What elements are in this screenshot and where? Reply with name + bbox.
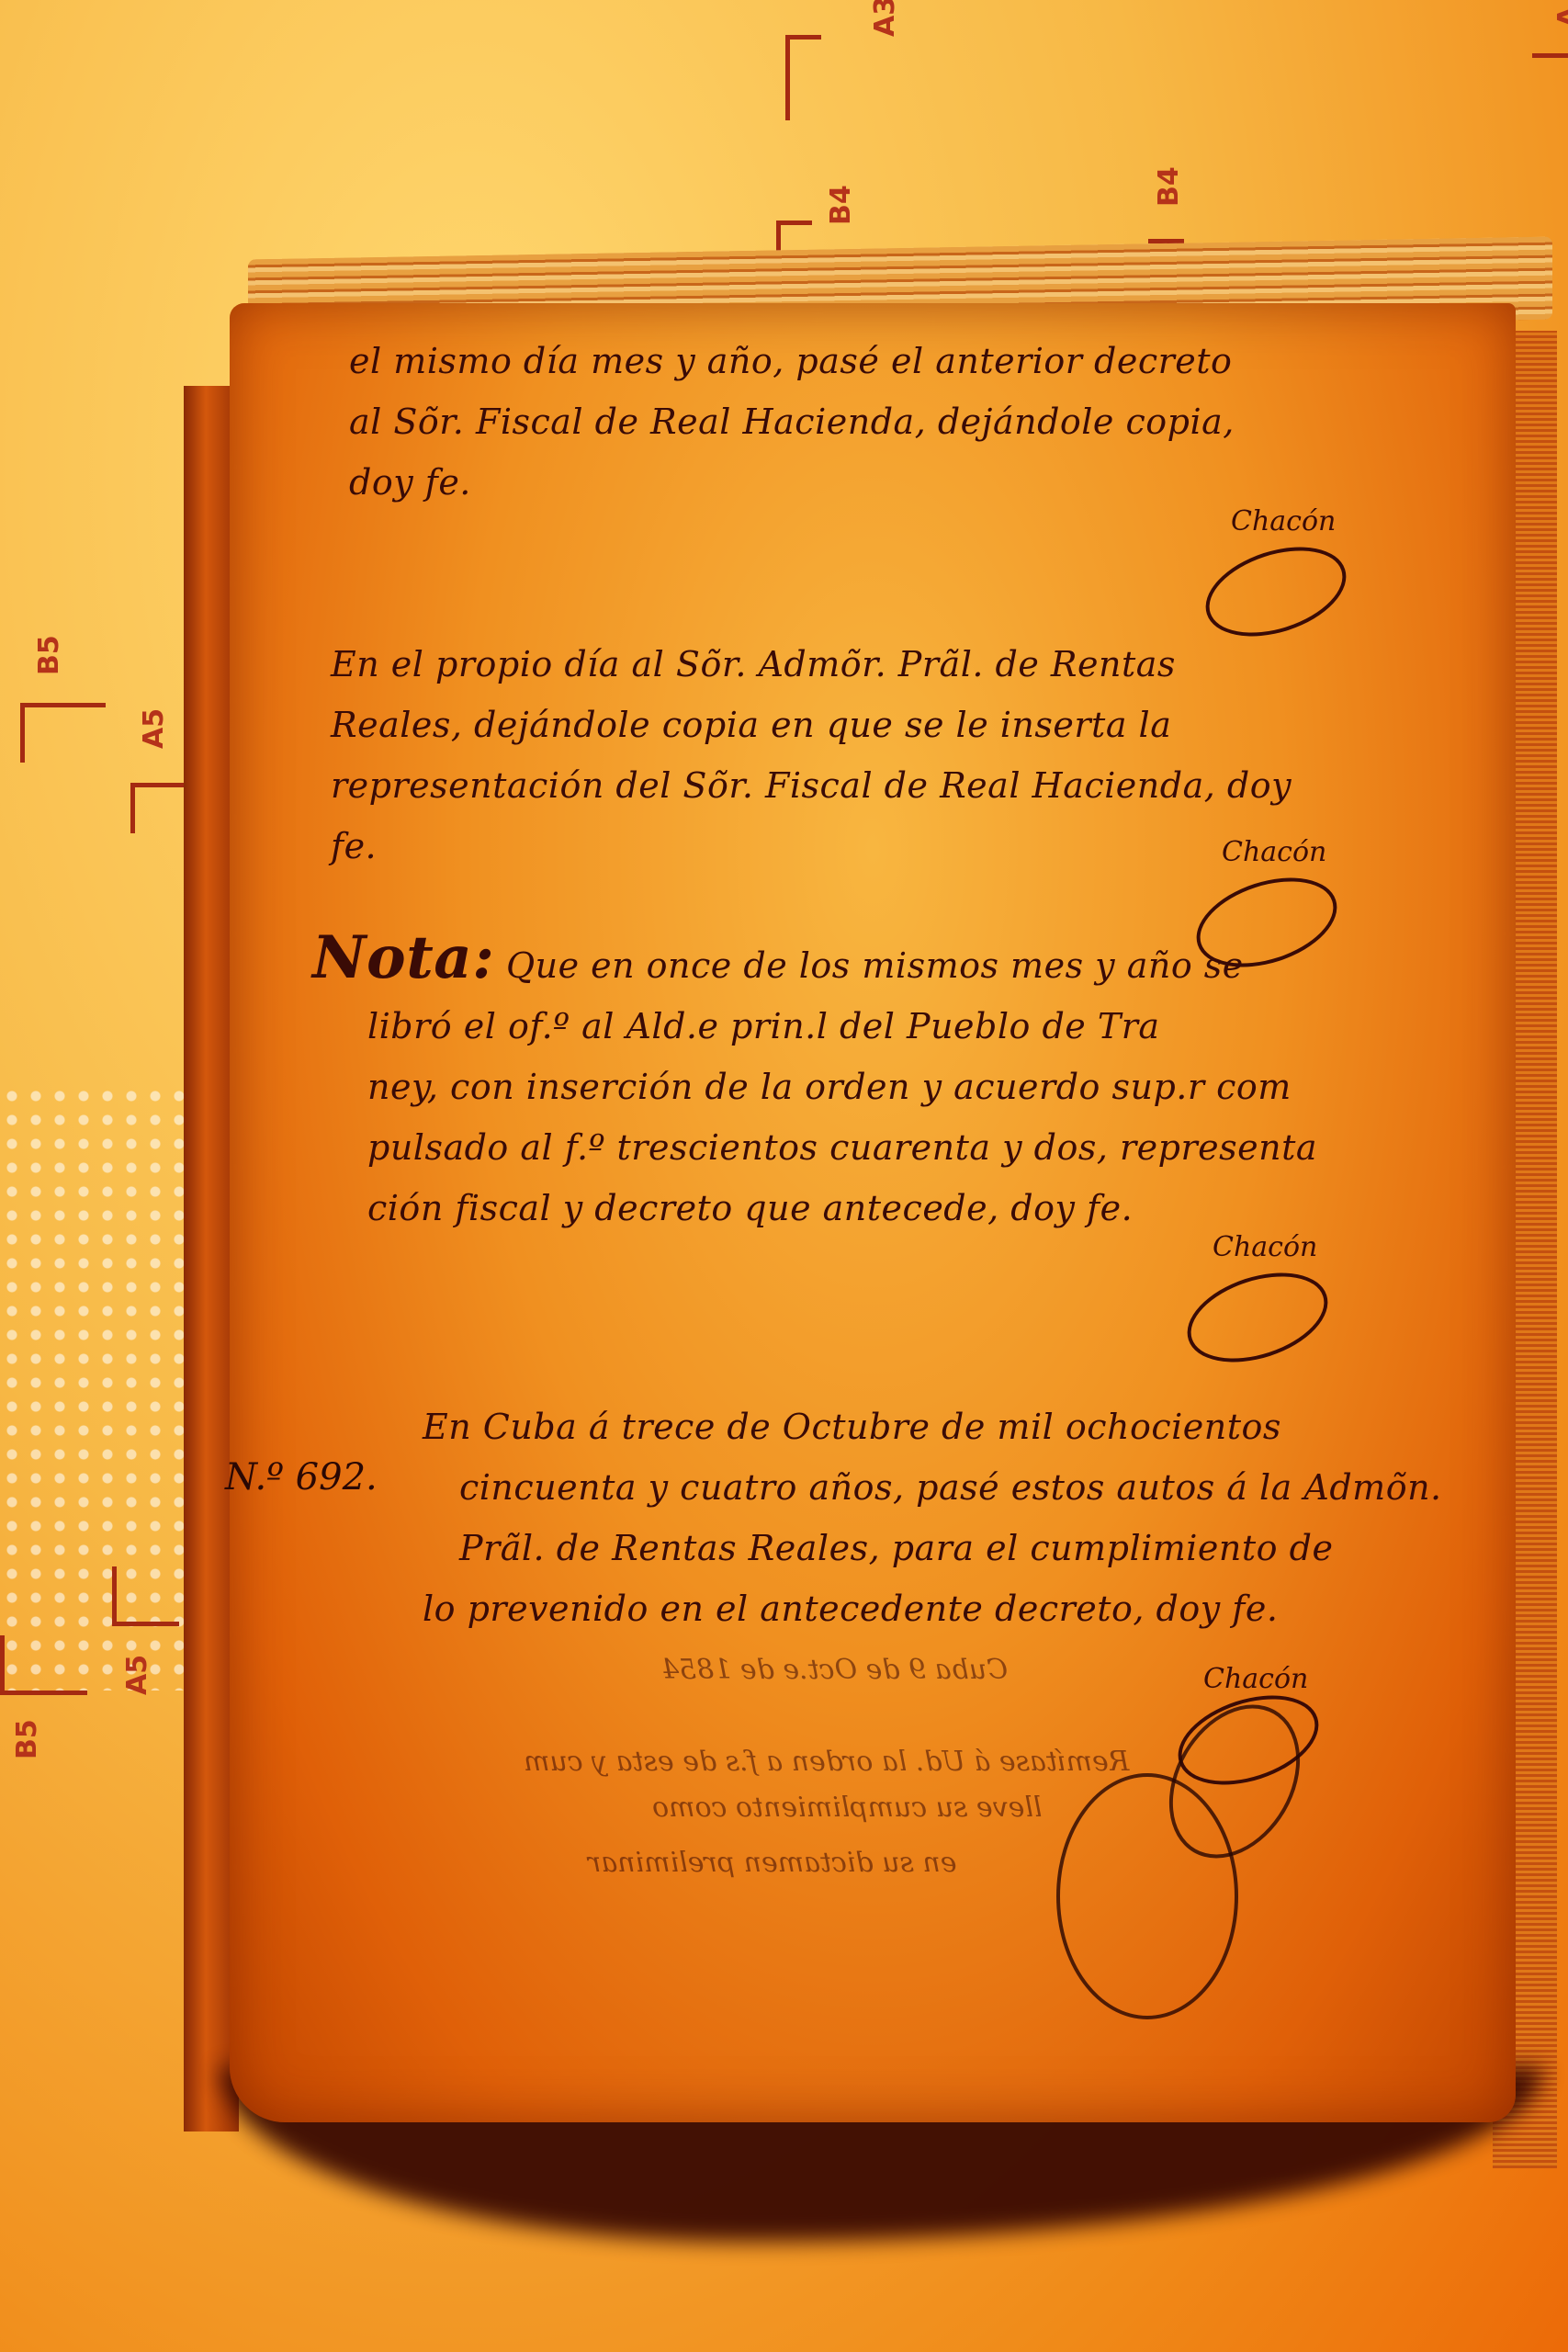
entry-3-line-2: libró el of.º al Ald.e prin.l del Pueblo…	[312, 996, 1451, 1057]
entry-1-line-3: doy fe.	[312, 452, 1451, 513]
entry-4-line-4: lo prevenido en el antecedente decreto, …	[312, 1578, 1451, 1639]
frame-corner-a3	[785, 35, 821, 120]
signature-3: Chacón	[1213, 1231, 1317, 1263]
frame-corner-a-edge	[1532, 53, 1568, 62]
bleed-through-line-2: Remítase á Ud. la orden a f.s de esta y …	[524, 1746, 1129, 1778]
frame-marker-b4-left: B4	[825, 185, 857, 225]
bleed-through-line-1: Cuba 9 de Oct.e de 1854	[661, 1654, 1008, 1686]
signature-4: Chacón	[1203, 1663, 1308, 1695]
entry-2-line-3: representación del Sõr. Fiscal de Real H…	[312, 755, 1451, 816]
seal-stamp-lower	[1056, 1773, 1238, 2019]
entry-4-line-3: Prãl. de Rentas Reales, para el cumplimi…	[312, 1518, 1451, 1578]
bleed-through-line-3: lleve su cumplimiento como	[652, 1792, 1043, 1824]
entry-3-line-1: Que en once de los mismos mes y año se	[506, 945, 1244, 986]
signature-1: Chacón	[1231, 505, 1336, 537]
entry-3-line-3: ney, con inserción de la orden y acuerdo…	[312, 1057, 1451, 1117]
entry-4-line-2: cincuenta y cuatro años, pasé estos auto…	[312, 1457, 1451, 1518]
manuscript-page: el mismo día mes y año, pasé el anterior…	[230, 303, 1516, 2122]
entry-1-line-1: el mismo día mes y año, pasé el anterior…	[312, 331, 1451, 391]
entry-1-line-2: al Sõr. Fiscal de Real Hacienda, dejándo…	[312, 391, 1451, 452]
frame-marker-b4-right: B4	[1153, 166, 1185, 207]
frame-marker-a5-upper: A5	[138, 708, 170, 749]
frame-marker-a5-lower: A5	[121, 1655, 153, 1695]
nota-heading: Nota:	[312, 923, 494, 992]
bleed-through-line-4: en su dictamen preliminar	[588, 1847, 957, 1879]
frame-corner-a5-lower	[112, 1566, 179, 1626]
frame-marker-b5-upper: B5	[33, 635, 65, 675]
frame-corner-b5-upper	[20, 703, 106, 763]
entry-4-line-1: En Cuba á trece de Octubre de mil ochoci…	[312, 1396, 1451, 1457]
entry-3-nota: Nota: Que en once de los mismos mes y añ…	[312, 928, 1451, 1238]
scanner-bed: A3 B4 B4 A B5 A5 A5 B5 el mismo día mes …	[0, 0, 1568, 2352]
frame-corner-b5-lower	[0, 1635, 87, 1695]
nota-heading-line: Nota: Que en once de los mismos mes y añ…	[312, 928, 1451, 996]
signature-2: Chacón	[1222, 836, 1326, 868]
frame-marker-a-edge: A	[1552, 6, 1568, 28]
frame-marker-b5-lower: B5	[11, 1719, 43, 1759]
entry-4: En Cuba á trece de Octubre de mil ochoci…	[312, 1396, 1451, 1639]
entry-3-line-4: pulsado al f.º trescientos cuarenta y do…	[312, 1117, 1451, 1178]
entry-2-line-2: Reales, dejándole copia en que se le ins…	[312, 695, 1451, 755]
frame-corner-b4-left	[776, 220, 812, 253]
entry-2-line-1: En el propio día al Sõr. Admõr. Prãl. de…	[312, 634, 1451, 695]
entry-1: el mismo día mes y año, pasé el anterior…	[312, 331, 1451, 513]
frame-marker-a3: A3	[869, 0, 901, 37]
rubric-flourish-3	[1176, 1257, 1338, 1379]
entry-3-line-5: ción fiscal y decreto que antecede, doy …	[312, 1178, 1451, 1238]
